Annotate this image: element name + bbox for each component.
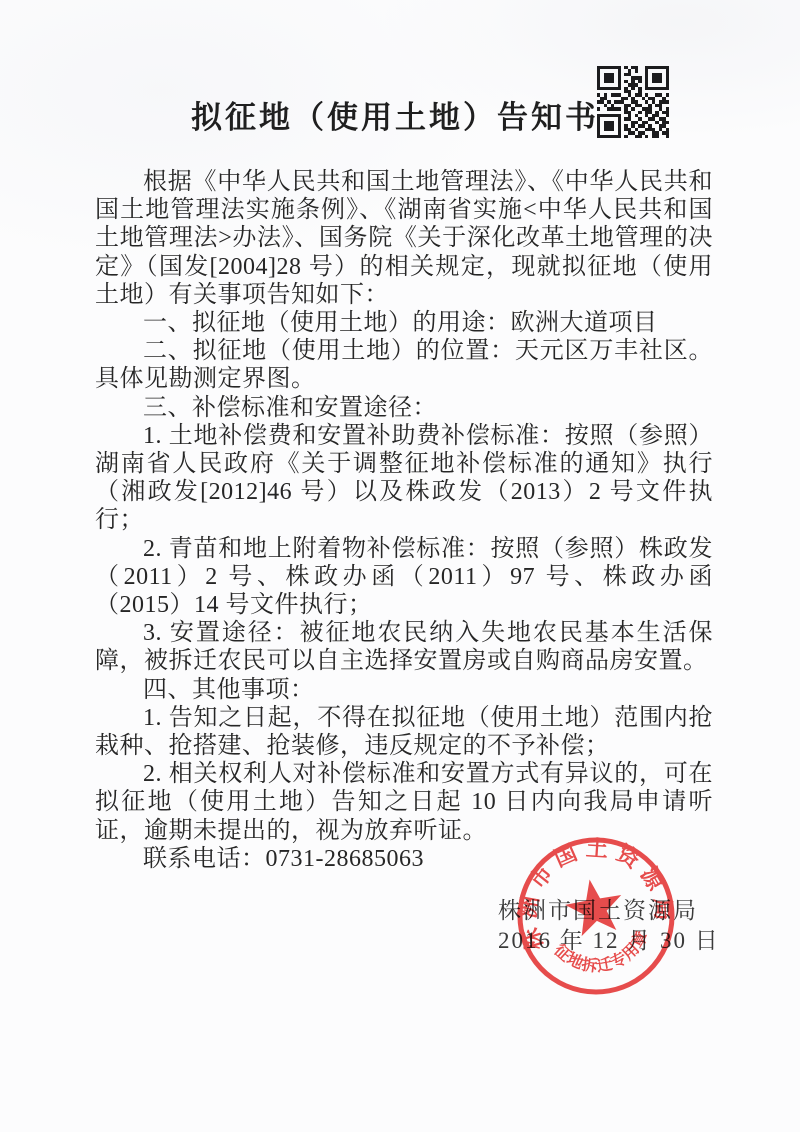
scanned-notice-page: 拟征地（使用土地）告知书 根据《中华人民共和国土地管理法》、《中华人民共和国土地… — [0, 0, 800, 1132]
body-paragraph: 联系电话：0731-28685063 — [95, 845, 713, 873]
body-paragraph: 根据《中华人民共和国土地管理法》、《中华人民共和国土地管理法实施条例》、《湖南省… — [95, 168, 713, 309]
signature-agency: 株洲市国土资源局 — [498, 896, 720, 926]
document-body: 根据《中华人民共和国土地管理法》、《中华人民共和国土地管理法实施条例》、《湖南省… — [95, 168, 713, 873]
body-paragraph: 3. 安置途径：被征地农民纳入失地农民基本生活保障，被拆迁农民可以自主选择安置房… — [95, 619, 713, 675]
body-paragraph: 二、拟征地（使用土地）的位置：天元区万丰社区。具体见勘测定界图。 — [95, 337, 713, 393]
body-paragraph: 1. 告知之日起，不得在拟征地（使用土地）范围内抢栽种、抢搭建、抢装修，违反规定… — [95, 704, 713, 760]
body-paragraph: 一、拟征地（使用土地）的用途：欧洲大道项目 — [95, 309, 713, 337]
body-paragraph: 四、其他事项： — [95, 676, 713, 704]
document-title: 拟征地（使用土地）告知书 — [0, 92, 790, 137]
signature-date: 2016 年 12 月 30 日 — [498, 926, 720, 956]
body-paragraph: 2. 青苗和地上附着物补偿标准：按照（参照）株政发（2011）2 号、株政办函（… — [95, 535, 713, 620]
body-paragraph: 2. 相关权利人对补偿标准和安置方式有异议的，可在拟征地（使用土地）告知之日起 … — [95, 760, 713, 845]
body-paragraph: 三、补偿标准和安置途径： — [95, 394, 713, 422]
body-paragraph: 1. 土地补偿费和安置补助费补偿标准：按照（参照）湖南省人民政府《关于调整征地补… — [95, 422, 713, 535]
signature-block: 株洲市国土资源局 2016 年 12 月 30 日 — [498, 896, 720, 956]
